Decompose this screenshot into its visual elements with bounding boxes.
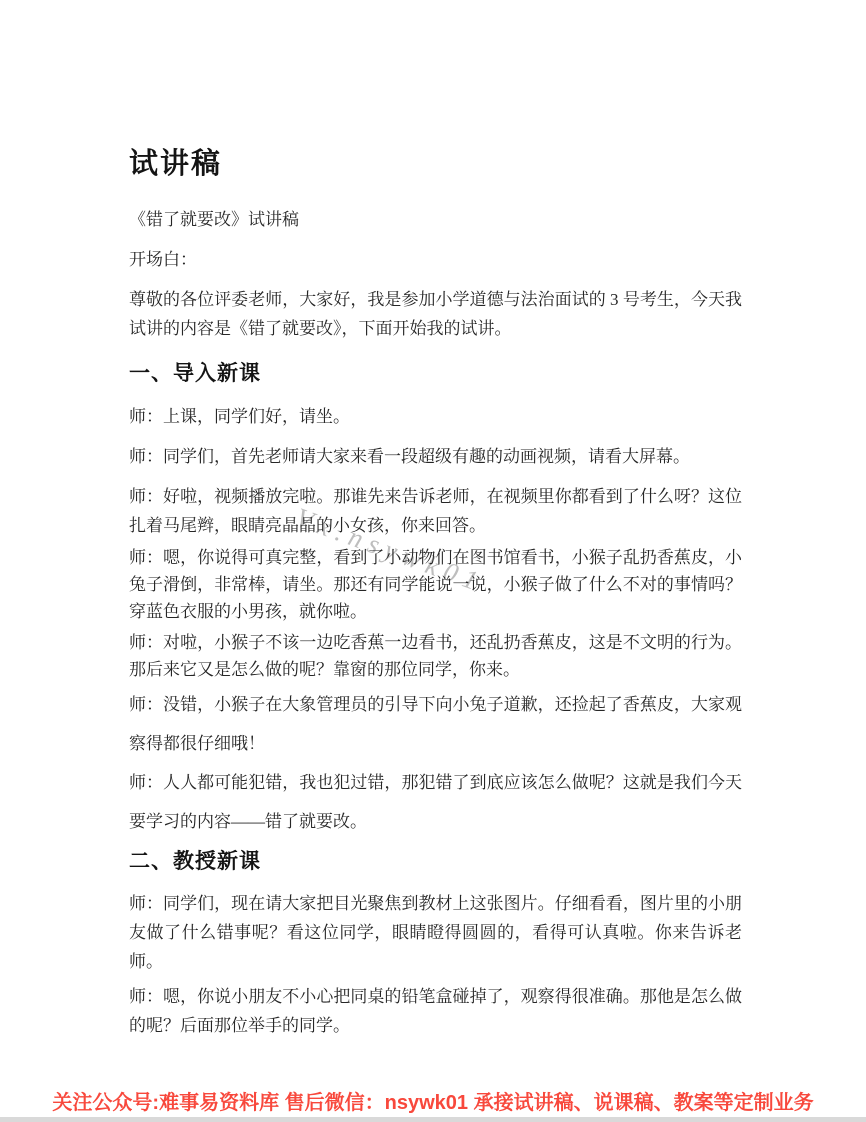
section-heading-intro: 一、导入新课 — [129, 359, 742, 389]
dialogue-paragraph: 师：同学们，首先老师请大家来看一段超级有趣的动画视频，请看大屏幕。 — [129, 442, 742, 471]
dialogue-paragraph: 师：嗯，你说小朋友不小心把同桌的铅笔盒碰掉了，观察得很准确。那他是怎么做的呢？后… — [129, 982, 742, 1040]
dialogue-paragraph: 师：上课，同学们好，请坐。 — [129, 402, 742, 431]
dialogue-paragraph: 师：好啦，视频播放完啦。那谁先来告诉老师，在视频里你都看到了什么呀？这位扎着马尾… — [129, 482, 742, 540]
document-content: 试讲稿 《错了就要改》试讲稿 开场白： 尊敬的各位评委老师，大家好，我是参加小学… — [129, 143, 742, 1040]
opening-paragraph: 尊敬的各位评委老师，大家好，我是参加小学道德与法治面试的 3 号考生，今天我试讲… — [129, 285, 742, 343]
document-page: Vx.nsywk01 试讲稿 《错了就要改》试讲稿 开场白： 尊敬的各位评委老师… — [0, 0, 866, 1122]
dialogue-paragraph: 师：对啦，小猴子不该一边吃香蕉一边看书，还乱扔香蕉皮，这是不文明的行为。那后来它… — [129, 629, 742, 683]
promo-footer-banner: 关注公众号:难事易资料库 售后微信：nsywk01 承接试讲稿、说课稿、教案等定… — [0, 1089, 866, 1117]
dialogue-paragraph: 师：人人都可能犯错，我也犯过错，那犯错了到底应该怎么做呢？这就是我们今天要学习的… — [129, 763, 742, 841]
dialogue-paragraph: 师：同学们，现在请大家把目光聚焦到教材上这张图片。仔细看看，图片里的小朋友做了什… — [129, 889, 742, 976]
section-heading-teach: 二、教授新课 — [129, 847, 742, 877]
document-subtitle: 《错了就要改》试讲稿 — [129, 205, 742, 234]
dialogue-paragraph: 师：嗯，你说得可真完整，看到了小动物们在图书馆看书，小猴子乱扔香蕉皮，小兔子滑倒… — [129, 544, 742, 625]
bottom-scroll-strip — [0, 1117, 866, 1122]
document-title: 试讲稿 — [129, 143, 742, 185]
opening-label: 开场白： — [129, 245, 742, 274]
dialogue-paragraph: 师：没错，小猴子在大象管理员的引导下向小兔子道歉，还捡起了香蕉皮，大家观察得都很… — [129, 685, 742, 763]
